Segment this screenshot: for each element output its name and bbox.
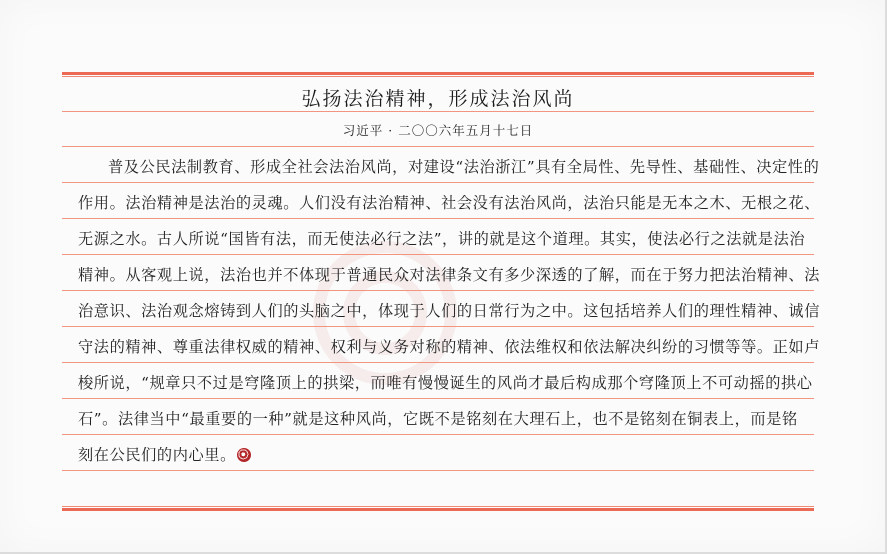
body-line: 普及公民法制教育、形成全社会法治风尚，对建设“法治浙江”具有全局性、先导性、基础…	[108, 155, 848, 179]
byline-rule	[62, 146, 814, 147]
body-line: 治意识、法治观念熔铸到人们的头脑之中，体现于人们的日常行为之中。这包括培养人们的…	[78, 299, 818, 323]
ruled-line	[62, 362, 814, 363]
ruled-line	[62, 326, 814, 327]
body-line-text: 刻在公民们的内心里。	[78, 446, 236, 464]
ruled-line	[62, 434, 814, 435]
ruled-line	[62, 254, 814, 255]
title-rule	[62, 111, 814, 112]
body-line-last: 刻在公民们的内心里。	[78, 443, 818, 467]
top-double-rule	[62, 72, 814, 77]
body-line: 梭所说，“规章只不过是穹隆顶上的拱梁，而唯有慢慢诞生的风尚才最后构成那个穹隆顶上…	[78, 371, 818, 395]
bottom-double-rule	[62, 506, 814, 511]
body-line: 精神。从客观上说，法治也并不体现于普通民众对法律条文有多少深透的了解，而在于努力…	[78, 263, 818, 287]
body-line: 石”。法律当中“最重要的一种”就是这种风尚，它既不是铭刻在大理石上，也不是铭刻在…	[78, 407, 818, 431]
page-title: 弘扬法治精神，形成法治风尚	[62, 84, 814, 110]
ruled-line	[62, 398, 814, 399]
body-line: 作用。法治精神是法治的灵魂。人们没有法治精神、社会没有法治风尚，法治只能是无本之…	[78, 191, 818, 215]
ruled-line	[62, 290, 814, 291]
ruled-line	[62, 470, 814, 471]
author-date-byline: 习近平 · 二〇〇六年五月十七日	[62, 121, 814, 141]
paper-sheet: 弘扬法治精神，形成法治风尚 习近平 · 二〇〇六年五月十七日 普及公民法制教育、…	[0, 0, 887, 554]
logo-swirl-icon	[237, 448, 251, 462]
ruled-line	[62, 182, 814, 183]
ruled-line	[62, 218, 814, 219]
body-line: 无源之水。古人所说“国皆有法，而无使法必行之法”，讲的就是这个道理。其实，使法必…	[78, 227, 818, 251]
body-line: 守法的精神、尊重法律权威的精神、权利与义务对称的精神、依法维权和依法解决纠纷的习…	[78, 335, 818, 359]
